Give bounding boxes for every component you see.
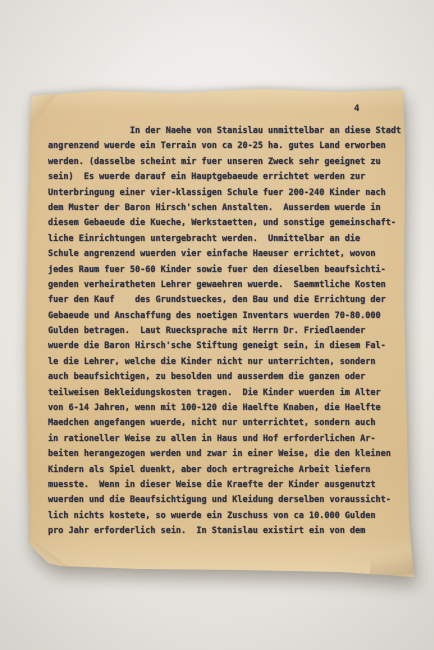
text-line: werden. (dasselbe scheint mir fuer unser… [48, 155, 408, 170]
text-line: pro Jahr erforderlich sein. In Stanislau… [48, 524, 408, 539]
text-line: le die Lehrer, welche die Kinder nicht n… [48, 355, 408, 370]
text-line: wuerden und die Beaufsichtigung und Klei… [48, 493, 408, 508]
text-line: jedes Raum fuer 50-60 Kinder sowie fuer … [48, 263, 408, 278]
text-line: In der Naehe von Stanislau unmittelbar a… [48, 124, 408, 139]
text-line: Schule angrenzend wuerden vier einfache … [48, 247, 408, 262]
text-line: auch beaufsichtigen, zu besolden und aus… [48, 370, 408, 385]
text-line: angrenzend wuerde ein Terrain von ca 20-… [48, 139, 408, 154]
text-line: Unterbringung einer vier-klassigen Schul… [48, 186, 408, 201]
text-line: in rationeller Weise zu allen in Haus un… [48, 432, 408, 447]
photograph-background: 4 In der Naehe von Stanislau unmittelbar… [0, 0, 434, 650]
page-number: 4 [354, 104, 359, 114]
text-line: fuer den Kauf des Grundstueckes, den Bau… [48, 293, 408, 308]
text-line: Gebaeude und Anschaffung des noetigen In… [48, 309, 408, 324]
text-line: sein) Es wuerde darauf ein Hauptgebaeude… [48, 170, 408, 185]
text-line: Kindern als Spiel duenkt, aber doch ertr… [48, 463, 408, 478]
paper-surface: 4 In der Naehe von Stanislau unmittelbar… [18, 84, 422, 584]
text-line: beiten herangezogen werden und zwar in e… [48, 447, 408, 462]
text-line: genden verheiratheten Lehrer gewaehren w… [48, 278, 408, 293]
text-line: Gulden betragen. Laut Ruecksprache mit H… [48, 324, 408, 339]
text-line: teilweisen Bekleidungskosten tragen. Die… [48, 386, 408, 401]
paper-fold-bottom-left [28, 536, 70, 568]
text-line: diesem Gebaeude die Kueche, Werkstaetten… [48, 216, 408, 231]
text-line: wuerde die Baron Hirsch'sche Stiftung ge… [48, 339, 408, 354]
paper-sheet: 4 In der Naehe von Stanislau unmittelbar… [18, 84, 422, 584]
text-line: Maedchen angefangen wuerde, nicht nur un… [48, 416, 408, 431]
paper-curl-bottom-right [370, 546, 416, 578]
typewritten-text: In der Naehe von Stanislau unmittelbar a… [48, 124, 408, 540]
text-line: dem Muster der Baron Hirsch'schen Anstal… [48, 201, 408, 216]
text-line: von 6-14 Jahren, wenn mit 100-120 die Ha… [48, 401, 408, 416]
text-line: lich nichts kostete, so wuerde ein Zusch… [48, 509, 408, 524]
text-line: muesste. Wenn in dieser Weise die Kraeft… [48, 478, 408, 493]
text-line: liche Einrichtungen untergebracht werden… [48, 232, 408, 247]
